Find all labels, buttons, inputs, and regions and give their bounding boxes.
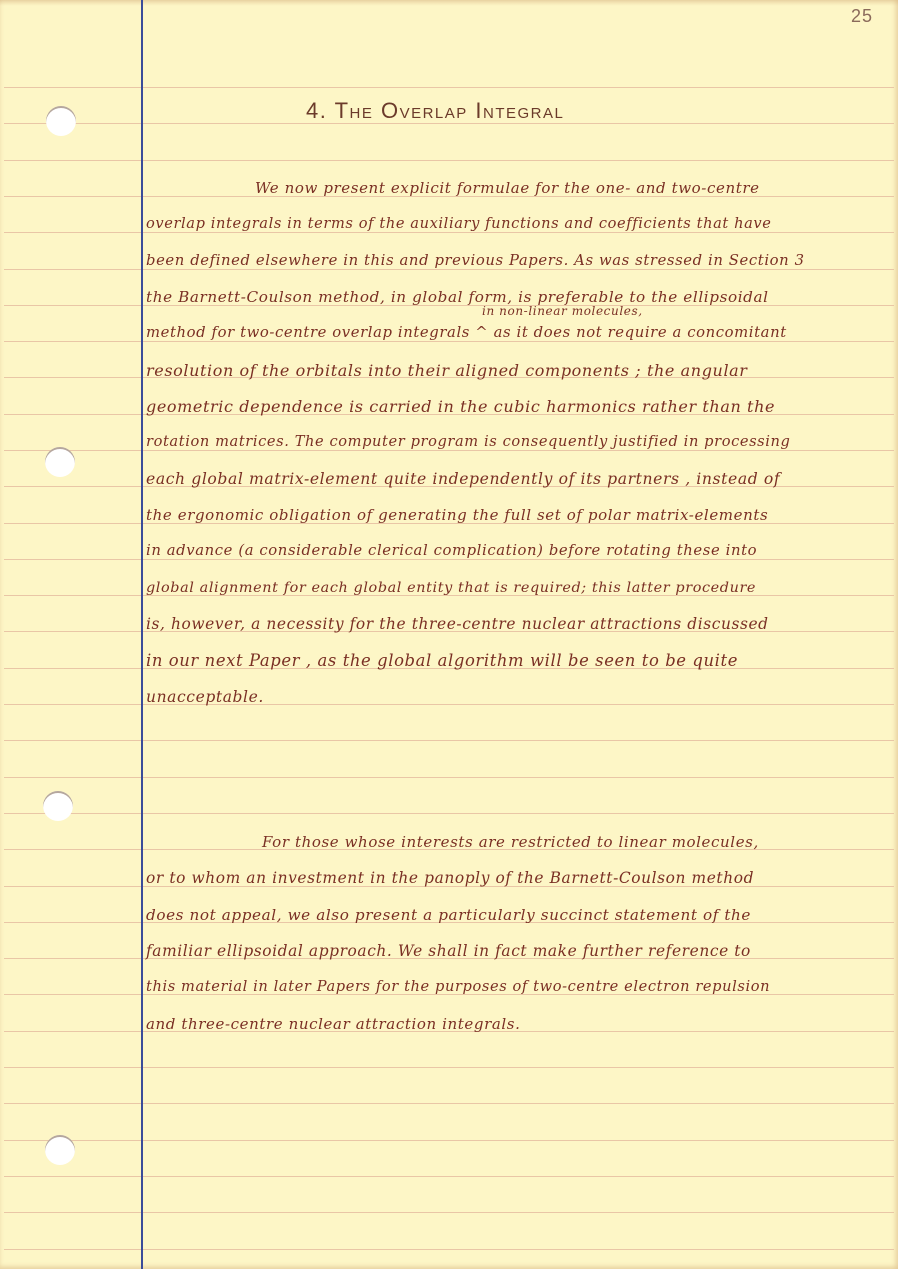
section-title: 4. The Overlap Integral (306, 98, 564, 124)
paragraph-2-line: and three-centre nuclear attraction inte… (146, 1017, 520, 1032)
paragraph-1-line: global alignment for each global entity … (146, 581, 756, 595)
paragraph-1-line: in advance (a considerable clerical comp… (146, 544, 757, 559)
ruled-line (4, 740, 894, 741)
ruled-line (4, 341, 894, 342)
punch-hole (46, 106, 76, 136)
margin-line (141, 0, 143, 1269)
ruled-line (4, 1140, 894, 1141)
punch-hole (45, 447, 75, 477)
paragraph-2-line: familiar ellipsoidal approach. We shall … (146, 944, 751, 959)
paragraph-1-line: rotation matrices. The computer program … (146, 435, 790, 450)
paragraph-2-line: or to whom an investment in the panoply … (146, 871, 754, 886)
ruled-line (4, 232, 894, 233)
paragraph-1-line: method for two-centre overlap integrals … (146, 326, 787, 341)
ruled-line (4, 813, 894, 814)
ruled-line (4, 87, 894, 88)
paragraph-1-line: been defined elsewhere in this and previ… (146, 254, 805, 269)
paragraph-1-line: is, however, a necessity for the three-c… (146, 617, 769, 632)
ruled-line (4, 160, 894, 161)
ruled-line (4, 269, 894, 270)
ruled-line (4, 704, 894, 705)
paragraph-1-line: resolution of the orbitals into their al… (146, 363, 748, 379)
paragraph-1-line: unacceptable. (146, 690, 264, 706)
ruled-line (4, 450, 894, 451)
paragraph-1-line: the Barnett-Coulson method, in global fo… (146, 290, 769, 305)
ruled-line (4, 559, 894, 560)
paragraph-2-line: this material in later Papers for the pu… (146, 980, 770, 995)
paragraph-1-line: the ergonomic obligation of generating t… (146, 508, 768, 523)
ruled-line (4, 1176, 894, 1177)
paragraph-2-line: For those whose interests are restricted… (262, 835, 759, 850)
paragraph-1-line: overlap integrals in terms of the auxili… (146, 217, 771, 232)
ruled-line (4, 1103, 894, 1104)
punch-hole (45, 1135, 75, 1165)
page-number: 25 (851, 6, 873, 27)
ruled-line (4, 1212, 894, 1213)
paragraph-1-line: in our next Paper , as the global algori… (146, 653, 738, 669)
ruled-line (4, 777, 894, 778)
paragraph-2-line: does not appeal, we also present a parti… (146, 908, 751, 923)
ruled-line (4, 1067, 894, 1068)
paragraph-1-line: each global matrix-element quite indepen… (146, 472, 780, 488)
interlinear-insertion: in non-linear molecules, (482, 305, 643, 317)
notebook-page: 25 4. The Overlap Integral We now presen… (0, 0, 898, 1269)
paragraph-1-line: We now present explicit formulae for the… (255, 181, 760, 196)
punch-hole (43, 791, 73, 821)
ruled-line (4, 1249, 894, 1250)
paragraph-1-line: geometric dependence is carried in the c… (146, 399, 775, 415)
